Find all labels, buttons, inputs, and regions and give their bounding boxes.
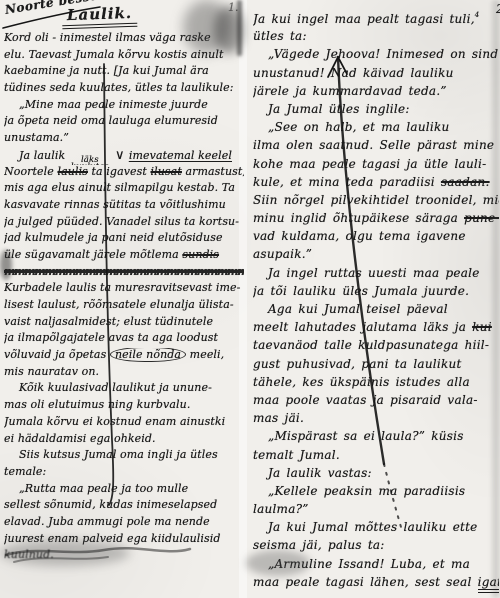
manuscript-line: järele ja kummardavad teda.” [253,84,499,102]
line-text: „See on halb, et ma lauliku [268,120,450,134]
manuscript-line: ja õpeta neid oma lauluga elumuresid [4,114,244,131]
manuscript-line: mis aga elus ainult silmapilgu kestab. T… [4,181,244,198]
line-text: elu. Taevast Jumala kõrvu kostis ainult [4,48,224,61]
manuscript-line: temale: [4,465,244,482]
line-text: vaist naljasalmidest; elust tüdinutele [4,315,213,328]
line-text: ja õpeta neid oma lauluga elumuresid [4,114,218,127]
line-text: „Armuline Issand! Luba, et ma [268,557,470,571]
manuscript-line: kuulnud. [4,548,244,565]
manuscript-line: ja ilmapõlgajatele avas ta aga loodust [4,331,244,348]
manuscript-line: Noortele laulis ta igavest ilusat armast… [4,165,244,182]
manuscript-line: Ja ingel ruttas uuesti maa peale [253,266,499,284]
line-text: Ja kui ingel maa pealt tagasi tuli, [253,12,475,26]
line-text: tähele, kes ükspäinis istudes alla [253,375,470,389]
manuscript-line: Ja kui ingel maa pealt tagasi tuli,4 [253,11,499,29]
strike-text: kui [472,320,492,334]
manuscript-line: „Rutta maa peale ja too mulle [4,482,244,499]
line-text: Ja Jumal ütles inglile: [268,102,410,116]
manuscript-line: seisma jäi, palus ta: [253,538,499,556]
manuscript-line: „Mine maa peale inimeste juurde [4,98,244,115]
ul-text: imevatemal keelel [129,149,232,162]
line-text: võluvaid ja õpetas [4,348,110,361]
line-text: Siin nõrgel pilvekihtidel troonidel, mid… [253,193,499,207]
sup-text: 4 [475,11,480,19]
circle-text: neile nõnda [110,348,186,362]
line-text: „Rutta maa peale ja too mulle [19,482,188,495]
strike-text: ilusat [151,165,182,178]
manuscript-line: maa poole vaatas ja pisaraid vala- [253,393,499,411]
manuscript-line: lisest laulust, rõõmsatele elunalja ülis… [4,298,244,315]
caret-text: ∨ [111,148,129,163]
manuscript-line: elu. Taevast Jumala kõrvu kostis ainult [4,48,244,65]
manuscript-line: mis nauratav on. [4,365,244,382]
strike-text: pune- [464,211,499,225]
line-text: „Mispärast sa ei laula?” küsis [268,429,464,443]
manuscript-line: ütles ta: [253,29,499,47]
line-text: sellest sõnumid, kudas inimeselapsed [4,498,217,511]
line-text: jad kulmudele ja pani neid elutõsiduse [4,231,223,244]
manuscript-line: elavad. Juba ammugi pole ma nende [4,515,244,532]
manuscript-line: Aga kui Jumal teisel päeval [253,302,499,320]
manuscript-line: Siis kutsus Jumal oma ingli ja ütles [4,448,244,465]
line-text: seisma jäi, palus ta: [253,538,385,552]
line-text: meeli, [186,348,224,361]
manuscript-line: ja julged püüded. Vanadel silus ta korts… [4,215,244,232]
scrib-text: mmmmmmmmmmmmmmmmmmmmmmmmmmmmmmmmmmmmmm [4,265,244,278]
line-text: ilma olen saatnud. Selle pärast mine [253,138,494,152]
stack-text: läkskuulutas [71,157,109,165]
manuscript-line: ilma olen saatnud. Selle pärast mine [253,138,499,156]
line-text: „Mine maa peale inimeste juurde [19,98,208,111]
manuscript-line: „See on halb, et ma lauliku [253,120,499,138]
manuscript-line: kaebamine ja nutt. [Ja kui Jumal ära [4,64,244,81]
manuscript-line: Kord oli - inimestel ilmas väga raske [4,31,244,48]
line-text: gust puhusivad, pani ta laulikut [253,357,462,371]
line-text: üle sügavamalt järele mõtlema [4,248,182,261]
page-number-left: 1. [228,1,239,14]
manuscript-line: unustanud! Nad käivad lauliku [253,66,499,84]
line-text: taevanäod talle kuldpasunatega hiil- [253,338,489,352]
manuscript-line: taevanäod talle kuldpasunatega hiil- [253,338,499,356]
line-text: kasvavate rinnas sütitas ta võitlushimu [4,198,226,211]
manuscript-line: unustama.” [4,131,244,148]
manuscript-line: vad kuldama, olgu tema igavene [253,229,499,247]
line-text: Kurbadele laulis ta muresravitsevast ime… [4,281,240,294]
manuscript-line: Jumala kõrvu ei kostnud enam ainustki [4,415,244,432]
manuscript-line: ei hädaldamisi ega ohkeid. [4,432,244,449]
line-text: unustama.” [4,131,69,144]
manuscript-line: mas jäi. [253,411,499,429]
manuscript-line: kule, et mina teda paradiisi saadan. [253,175,499,193]
manuscript-line: maa peale tagasi lähen, sest seal igat- [253,575,499,593]
line-text: juurest enam palveid ega kiidulaulisid [4,532,221,545]
manuscript-line: juurest enam palveid ega kiidulaulisid [4,532,244,549]
manuscript-canvas: Noorte besseda Laulik. 1. Kord oli - ini… [0,0,500,598]
line-text: laulma?” [253,502,309,516]
manuscript-line: tüdines seda kuulates, ütles ta laulikul… [4,81,244,98]
line-text: vad kuldama, olgu tema igavene [253,229,466,243]
line-text: tüdines seda kuulates, ütles ta laulikul… [4,81,234,94]
line-text: järele ja kummardavad teda.” [253,84,447,98]
manuscript-line: Ja laulik läkskuulutas ∨ imevatemal keel… [4,148,244,165]
line-text: temalt Jumal. [253,448,340,462]
right-page-lines: Ja kui ingel maa pealt tagasi tuli,4ütle… [253,11,499,593]
line-text: Ja ingel ruttas uuesti maa peale [268,266,480,280]
line-text: minu inglid õhtupäikese säraga [253,211,464,225]
line-text: elavad. Juba ammugi pole ma nende [4,515,210,528]
manuscript-line: Siin nõrgel pilvekihtidel troonidel, mid… [253,193,499,211]
line-text: ja tõi lauliku üles Jumala juurde. [253,284,469,298]
line-text: mas oli elutuimus ning kurbvalu. [4,398,190,411]
line-text: Kord oli - inimestel ilmas väga raske [4,31,211,44]
line-text: Ja laulik [19,149,69,162]
line-text: asupaik.” [253,247,312,261]
manuscript-line: sellest sõnumid, kudas inimeselapsed [4,498,244,515]
manuscript-line: Kõik kuulasivad laulikut ja unune- [4,381,244,398]
line-text: „Kellele peaksin ma paradiisis [268,484,465,498]
line-text: maa peale tagasi lähen, sest seal [253,575,478,589]
right-page: 2 Ja kui ingel maa pealt tagasi tuli,4üt… [246,0,500,598]
line-text: maa poole vaatas ja pisaraid vala- [253,393,478,407]
manuscript-line: jad kulmudele ja pani neid elutõsiduse [4,231,244,248]
line-text: „Vägede Jehoova! Inimesed on sind [268,47,498,61]
line-text: kaebamine ja nutt. [Ja kui Jumal ära [4,64,209,77]
manuscript-line: mmmmmmmmmmmmmmmmmmmmmmmmmmmmmmmmmmmmmm [4,265,244,282]
manuscript-line: temalt Jumal. [253,448,499,466]
strike-text: saadan. [441,175,490,189]
manuscript-line: Kurbadele laulis ta muresravitsevast ime… [4,281,244,298]
manuscript-line: „Mispärast sa ei laula?” küsis [253,429,499,447]
manuscript-line: mas oli elutuimus ning kurbvalu. [4,398,244,415]
line-text: mis aga elus ainult silmapilgu kestab. T… [4,181,235,194]
manuscript-line: minu inglid õhtupäikese säraga pune- [253,211,499,229]
manuscript-line: gust puhusivad, pani ta laulikut [253,357,499,375]
line-text: ja julged püüded. Vanadel silus ta korts… [4,215,239,228]
line-text: ei hädaldamisi ega ohkeid. [4,432,156,445]
manuscript-line: „Armuline Issand! Luba, et ma [253,557,499,575]
manuscript-line: tähele, kes ükspäinis istudes alla [253,375,499,393]
manuscript-line: Ja laulik vastas: [253,466,499,484]
manuscript-line: Ja kui Jumal mõttes lauliku ette [253,520,499,538]
line-text: ja ilmapõlgajatele avas ta aga loodust [4,331,218,344]
line-text: Kõik kuulasivad laulikut ja unune- [19,381,212,394]
smudge-text: kuulnud. [4,548,54,561]
page-title: Laulik. [62,4,138,30]
line-text: meelt lahutades jalutama läks ja [253,320,472,334]
manuscript-line: ja tõi lauliku üles Jumala juurde. [253,284,499,302]
manuscript-line: kasvavate rinnas sütitas ta võitlushimu [4,198,244,215]
manuscript-line: laulma?” [253,502,499,520]
manuscript-line: kohe maa peale tagasi ja ütle lauli- [253,157,499,175]
manuscript-line: „Kellele peaksin ma paradiisis [253,484,499,502]
left-page-lines: Kord oli - inimestel ilmas väga raskeelu… [4,31,244,565]
line-text: temale: [4,465,46,478]
line-text: ta igavest [88,165,151,178]
dul-text: igat- [478,575,499,593]
manuscript-line: vaist naljasalmidest; elust tüdinutele [4,315,244,332]
strike-text: laulis [57,165,87,178]
line-text: unustanud! Nad käivad lauliku [253,66,454,80]
line-text: armastust, [182,165,244,178]
line-text: Ja kui Jumal mõttes lauliku ette [268,520,478,534]
line-text: lisest laulust, rõõmsatele elunalja ülis… [4,298,234,311]
manuscript-line: võluvaid ja õpetas neile nõnda meeli, [4,348,244,365]
line-text: ütles ta: [253,29,307,43]
manuscript-line: meelt lahutades jalutama läks ja kui [253,320,499,338]
manuscript-line: Ja Jumal ütles inglile: [253,102,499,120]
line-text: Jumala kõrvu ei kostnud enam ainustki [4,415,225,428]
left-page: Noorte besseda Laulik. 1. Kord oli - ini… [2,0,244,598]
line-text: Noortele [4,165,57,178]
line-text: kohe maa peale tagasi ja ütle lauli- [253,157,486,171]
line-text: Aga kui Jumal teisel päeval [268,302,448,316]
line-text: Ja laulik vastas: [268,466,372,480]
line-text: mas jäi. [253,411,304,425]
line-text: Siis kutsus Jumal oma ingli ja ütles [19,448,218,461]
manuscript-line: üle sügavamalt järele mõtlema sundis [4,248,244,265]
manuscript-line: „Vägede Jehoova! Inimesed on sind [253,47,499,65]
line-text: kule, et mina teda paradiisi [253,175,441,189]
manuscript-line: asupaik.” [253,247,499,265]
strike-text: sundis [182,248,219,261]
line-text: mis nauratav on. [4,365,99,378]
